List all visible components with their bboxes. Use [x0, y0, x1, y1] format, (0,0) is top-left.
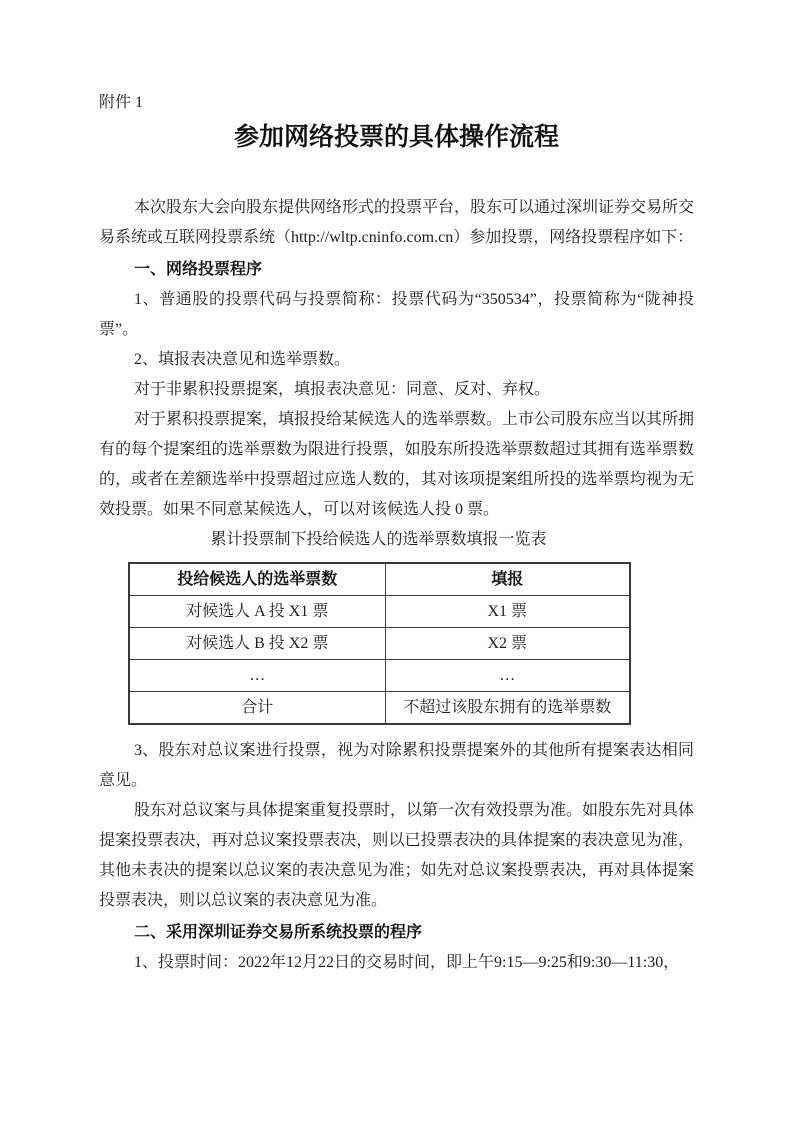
section1-paragraph-5: 3、股东对总议案进行投票，视为对除累积投票提案外的其他所有提案表达相同意见。: [99, 736, 694, 796]
section1-paragraph-2: 2、填报表决意见和选举票数。: [99, 345, 694, 375]
table-row: 对候选人 B 投 X2 票 X2 票: [129, 628, 630, 660]
table-cell: 对候选人 B 投 X2 票: [129, 628, 385, 660]
attachment-label: 附件 1: [99, 88, 694, 118]
table-cell: 合计: [129, 692, 385, 725]
section1-paragraph-3: 对于非累积投票提案，填报表决意见：同意、反对、弃权。: [99, 375, 694, 405]
table-header-votes: 投给候选人的选举票数: [129, 563, 385, 596]
page-title: 参加网络投票的具体操作流程: [99, 122, 694, 152]
section1-paragraph-4: 对于累积投票提案，填报投给某候选人的选举票数。上市公司股东应当以其所拥有的每个提…: [99, 405, 694, 525]
table-caption: 累计投票制下投给候选人的选举票数填报一览表: [128, 525, 629, 555]
section2-heading: 二、采用深圳证券交易所系统投票的程序: [99, 918, 694, 948]
table-row: 合计 不超过该股东拥有的选举票数: [129, 692, 630, 725]
section1-heading: 一、网络投票程序: [99, 255, 694, 285]
section1-paragraph-6: 股东对总议案与具体提案重复投票时，以第一次有效投票为准。如股东先对具体提案投票表…: [99, 796, 694, 916]
table-cell: 不超过该股东拥有的选举票数: [385, 692, 630, 725]
table-cell: …: [129, 660, 385, 692]
table-cell: X2 票: [385, 628, 630, 660]
table-cell: X1 票: [385, 596, 630, 628]
section1-paragraph-1: 1、普通股的投票代码与投票简称：投票代码为“350534”，投票简称为“陇神投票…: [99, 285, 694, 345]
document-page: 附件 1 参加网络投票的具体操作流程 本次股东大会向股东提供网络形式的投票平台，…: [0, 0, 793, 1122]
table-cell: …: [385, 660, 630, 692]
table-row: … …: [129, 660, 630, 692]
section2-paragraph-1: 1、投票时间：2022年12月22日的交易时间，即上午9:15—9:25和9:3…: [99, 948, 694, 978]
table-row: 对候选人 A 投 X1 票 X1 票: [129, 596, 630, 628]
table-header-row: 投给候选人的选举票数 填报: [129, 563, 630, 596]
intro-paragraph: 本次股东大会向股东提供网络形式的投票平台，股东可以通过深圳证券交易所交易系统或互…: [99, 193, 694, 253]
table-cell: 对候选人 A 投 X1 票: [129, 596, 385, 628]
table-header-fill: 填报: [385, 563, 630, 596]
cumulative-voting-table: 投给候选人的选举票数 填报 对候选人 A 投 X1 票 X1 票 对候选人 B …: [128, 562, 631, 725]
